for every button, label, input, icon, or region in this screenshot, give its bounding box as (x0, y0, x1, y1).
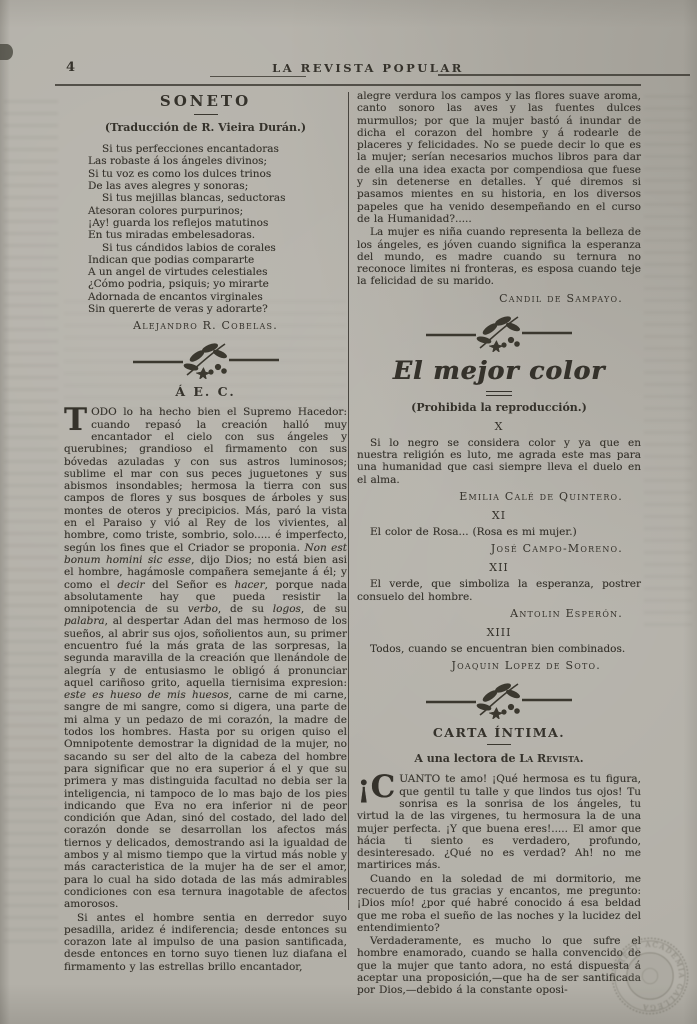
article-title: Á E. C. (64, 384, 347, 399)
header-rule-left (210, 76, 306, 77)
carta-paragraph: ¡CUANTO te amo! ¡Qué hermosa es tu figur… (357, 773, 641, 871)
header-rule-right (438, 74, 690, 76)
entry-numeral: XIII (357, 626, 641, 639)
poem-line: Adornada de encantos virginales (64, 291, 347, 303)
poem-line: Si tus cándidos labios de corales (64, 242, 347, 254)
floral-ornament-icon (131, 339, 281, 379)
title-rule (487, 744, 511, 745)
entry-author: Joaquin Lopez de Soto. (357, 659, 641, 672)
paragraph-text: UANTO te amo! ¡Qué hermosa es tu figura,… (357, 773, 641, 871)
author-byline: Candil de Sampayo. (357, 292, 641, 305)
poem-line: Sin quererte de veras y adorarte? (64, 303, 347, 315)
poem-line: Si tus perfecciones encantadoras (64, 143, 347, 155)
title-rule (194, 114, 218, 115)
carta-subtitle: A una lectora de La Revista. (357, 752, 641, 765)
entry-numeral: XI (357, 509, 641, 522)
entry-text: El verde, que simboliza la esperanza, po… (357, 578, 641, 603)
poem-line: Atesoran colores purpurinos; (64, 205, 347, 217)
academy-seal-stamp-icon: REAL ACADEMIA GALLEGA (594, 928, 697, 1024)
poem-line: De las aves alegres y sonoras; (64, 180, 347, 192)
continuation-paragraph: La mujer es niña cuando representa la be… (357, 226, 641, 287)
entry-author: Antolin Esperón. (357, 607, 641, 620)
bleedthrough-left-margin (4, 100, 58, 950)
column-divider (348, 92, 349, 910)
poem-line: Indican que podias compararte (64, 254, 347, 266)
carta-intima-title: CARTA ÍNTIMA. (357, 725, 641, 740)
poem-line: Las robaste á los ángeles divinos; (64, 155, 347, 167)
poem-line: ¡Ay! guarda los reflejos matutinos (64, 217, 347, 229)
header-rule-main (55, 84, 641, 86)
article-paragraph: Si antes el hombre sentia en derredor su… (64, 912, 347, 973)
poem-line: Si tus mejillas blancas, seductoras (64, 192, 347, 204)
page-number: 4 (66, 60, 75, 75)
carta-paragraph: Cuando en la soledad de mi dormitorio, m… (357, 873, 641, 934)
entry-numeral: X (357, 420, 641, 433)
entry-text: Todos, cuando se encuentran bien combina… (357, 643, 641, 655)
right-column: alegre verdura los campos y las flores s… (357, 90, 641, 998)
masthead-title: LA REVISTA POPULAR (240, 61, 496, 75)
entry-text: El color de Rosa... (Rosa es mi mujer.) (357, 526, 641, 538)
poem-line: Si tu voz es como los dulces trinos (64, 168, 347, 180)
translation-note: (Traducción de R. Vieira Durán.) (64, 121, 347, 134)
bleedthrough-right-margin (644, 95, 692, 635)
section-title-mejor-color: El mejor color (357, 356, 641, 385)
newspaper-page: 4 LA REVISTA POPULAR SONETO (Traducción … (0, 0, 697, 1024)
drop-cap: T (64, 406, 91, 433)
floral-ornament-icon (424, 679, 574, 719)
soneto-title: SONETO (64, 92, 347, 110)
double-rule (486, 391, 512, 396)
poem-line: ¿Cómo podria, psiquis; yo mirarte (64, 278, 347, 290)
floral-ornament-icon (424, 312, 574, 352)
poem-author-byline: Alejandro R. Cobelas. (64, 319, 347, 332)
edge-smudge (0, 44, 13, 60)
soneto-poem: Si tus perfecciones encantadoras Las rob… (64, 143, 347, 315)
entry-numeral: XII (357, 561, 641, 574)
poem-line: A un angel de virtudes celestiales (64, 266, 347, 278)
paragraph-text: ODO lo ha hecho bien el Supremo Hacedor:… (64, 406, 347, 910)
poem-line: En tus miradas embelesadoras. (64, 229, 347, 241)
left-column: SONETO (Traducción de R. Vieira Durán.) … (64, 90, 347, 974)
entry-text: Si lo negro se considera color y ya que … (357, 437, 641, 486)
article-paragraph: TODO lo ha hecho bien el Supremo Hacedor… (64, 406, 347, 910)
drop-cap: ¡C (357, 773, 399, 800)
continuation-paragraph: alegre verdura los campos y las flores s… (357, 90, 641, 225)
entry-author: José Campo-Moreno. (357, 542, 641, 555)
entry-author: Emilia Calé de Quintero. (357, 490, 641, 503)
reproduction-note: (Prohibida la reproducción.) (357, 401, 641, 414)
